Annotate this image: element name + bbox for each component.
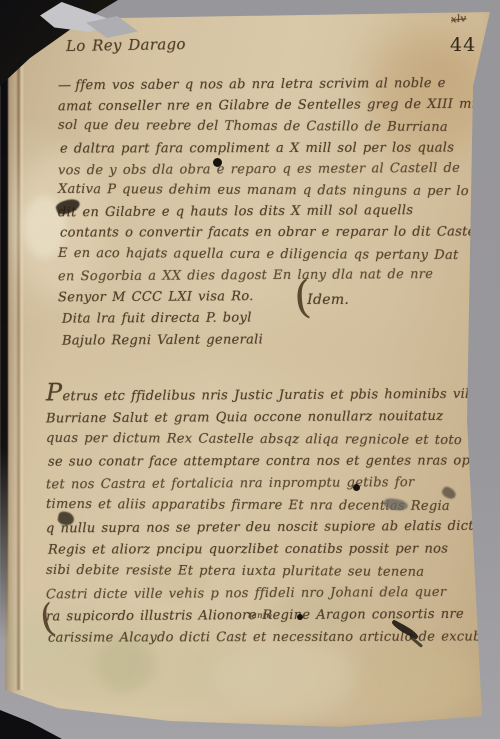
manuscript-line: sibi debite resiste Et ptera iuxta pluri… bbox=[46, 560, 496, 584]
idem-annotation: (Idem. bbox=[294, 272, 353, 323]
wormhole bbox=[353, 484, 360, 491]
manuscript-line: amat conseller nre en Gilabre de Sentell… bbox=[58, 94, 485, 118]
manuscript-line: carissime Alcaydo dicti Cast et necessit… bbox=[48, 626, 498, 649]
manuscript-line: se suo conatr face attemptare contra nos… bbox=[48, 450, 498, 473]
manuscript-line: Senyor M CCC LXI visa Ro. bbox=[58, 285, 485, 309]
manuscript-line: Castri dicte ville vehis p nos ffideli n… bbox=[46, 582, 496, 607]
manuscript-line: q nullu supra nos se preter deu noscit s… bbox=[46, 516, 496, 541]
manuscript-line: tet nos Castra et fortalicia nra inpromp… bbox=[46, 472, 496, 497]
folio-number: 44 bbox=[450, 34, 476, 56]
manuscript-line: ffem vos saber q nos ab nra letra scrivi… bbox=[58, 73, 485, 97]
manuscript-line: Petrus etc ffidelibus nris Justic Jurati… bbox=[46, 379, 496, 409]
wormhole bbox=[297, 614, 303, 620]
manuscript-line: vos de y obs dla obra e reparo q es mest… bbox=[58, 158, 485, 182]
manuscript-line: E en aco hajats aquella cura e diligenci… bbox=[58, 243, 485, 266]
manuscript-line: e daltra part fara compliment a X mill s… bbox=[60, 137, 487, 159]
stain bbox=[356, 648, 476, 718]
manuscript-line: Burriane Salut et gram Quia occone nonul… bbox=[46, 406, 496, 431]
manuscript-line: timens et aliis apparatibs firmare Et nr… bbox=[46, 494, 496, 518]
idem-label: Idem. bbox=[307, 292, 349, 308]
gutter-crease bbox=[17, 40, 20, 690]
manuscript-line: Dita lra fuit directa P. boyl bbox=[62, 307, 263, 330]
stain bbox=[210, 640, 360, 712]
manuscript-line: sol que deu reebre del Thomas de Castill… bbox=[58, 115, 485, 138]
bottom-corner-shadow bbox=[0, 706, 70, 739]
manuscript-line: en Sogorbia a XX dies dagost En lany dla… bbox=[58, 264, 485, 288]
manuscript-line: contants o convertir facats en obrar e r… bbox=[60, 222, 487, 244]
manuscript-line: Regis et aliorz pncipu quorzlibet conati… bbox=[48, 538, 498, 561]
page-heading: Lo Rey Darago bbox=[66, 35, 186, 55]
gutter-crease-highlight bbox=[21, 40, 23, 690]
letter1-body: ffem vos saber q nos ab nra letra scrivi… bbox=[58, 74, 485, 307]
registry-rubric: Dita lra fuit directa P. boyl Bajulo Reg… bbox=[62, 308, 263, 352]
manuscript-page: Lo Rey Darago xlv 44 ffem vos saber q no… bbox=[0, 0, 500, 739]
photo-scene: Lo Rey Darago xlv 44 ffem vos saber q no… bbox=[0, 0, 500, 739]
struck-folio-mark: xlv bbox=[450, 13, 466, 26]
manuscript-line: quas per dictum Rex Castelle absqz aliqa… bbox=[46, 428, 496, 452]
letter2-body: Petrus etc ffidelibus nris Justic Jurati… bbox=[46, 380, 496, 649]
manuscript-line: Bajulo Regni Valent generali bbox=[62, 329, 263, 352]
wormhole bbox=[213, 158, 222, 167]
manuscript-line: Xativa P queus dehim eus manam q dats ni… bbox=[58, 179, 485, 202]
binding-shadow bbox=[0, 0, 8, 640]
interlined-word: tanto bbox=[248, 611, 272, 621]
manuscript-line: dit en Gilabre e q hauts los dits X mill… bbox=[58, 200, 485, 224]
